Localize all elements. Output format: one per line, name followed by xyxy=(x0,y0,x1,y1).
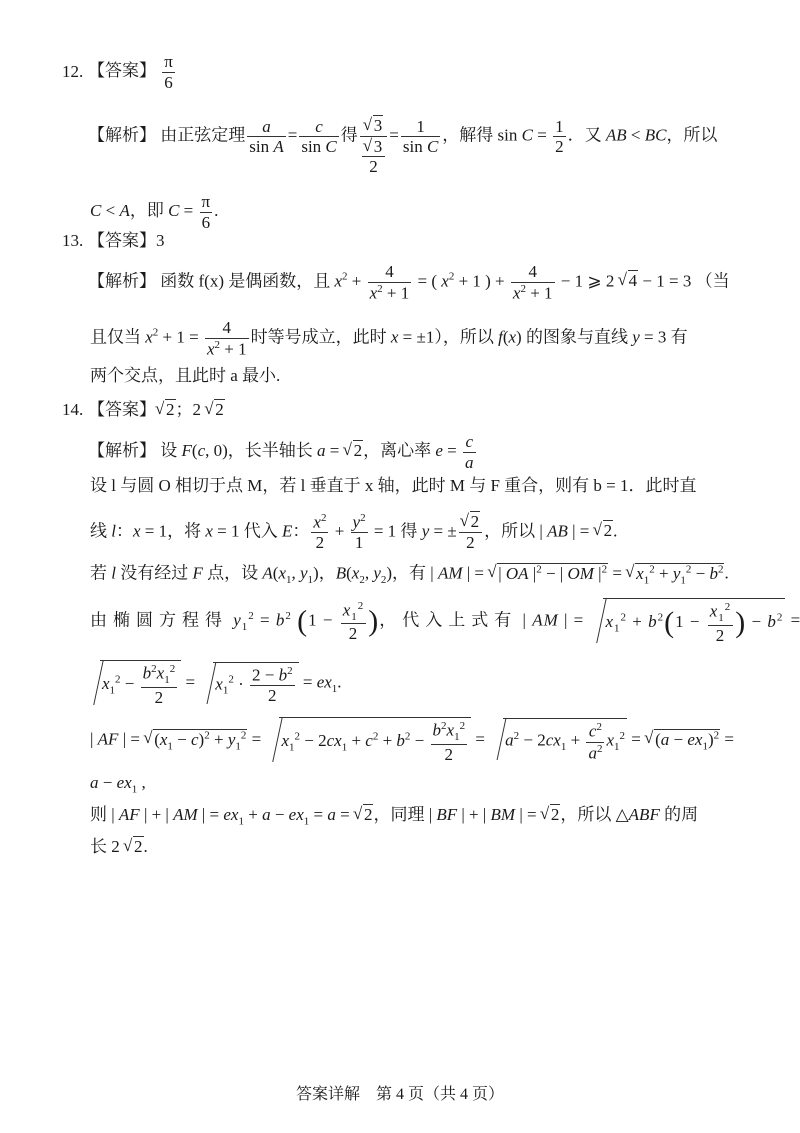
question-14-number: 14. xyxy=(62,401,83,418)
question-14-analysis-line-7: | AF | = (x1 − c)2 + y12 = x12 − 2cx1 + … xyxy=(90,717,734,764)
question-14-analysis-line-6: x12 − b2x122 = x12 · 2 − b22 = ex1. xyxy=(86,660,342,707)
page-footer: 答案详解 第 4 页（共 4 页） xyxy=(0,1081,800,1104)
question-14-analysis-line-9: 则 | AF | + | AM | = ex1 + a − ex1 = a = … xyxy=(90,806,698,827)
analysis-label: 【解析】 xyxy=(88,126,156,145)
text: 由正弦定理 xyxy=(160,126,245,145)
question-14-analysis-line-5: 由椭圆方程得 y12 = b2 (1 − x122)，代入上式有 | AM | … xyxy=(90,598,800,645)
answer-label: 【答案】 xyxy=(88,231,156,250)
analysis-label: 【解析】 xyxy=(88,271,156,290)
question-14-analysis-line-4: 若 l 没有经过 F 点，设 A(x1, y1)，B(x2, y2)，有 | A… xyxy=(90,564,729,586)
text: 且仅当 xyxy=(90,327,141,346)
question-12-answer: 【答案】 π6 xyxy=(88,52,177,92)
question-13-analysis-line-3: 两个交点，且此时 a 最小. xyxy=(90,367,280,384)
text: ，代入上式有 xyxy=(379,611,517,630)
text: 函数 f(x) 是偶函数，且 xyxy=(160,271,330,290)
answer-fraction: π6 xyxy=(162,52,175,92)
text: 得 xyxy=(341,126,358,145)
question-13-analysis-line-1: 【解析】 函数 f(x) 是偶函数，且 x2 + 4x2 + 1 = ( x2 … xyxy=(88,262,730,303)
analysis-label: 【解析】 xyxy=(88,441,156,460)
question-14-analysis-line-8: a − ex1 , xyxy=(90,774,146,795)
question-12-number: 12. xyxy=(62,63,83,80)
question-13-number: 13. xyxy=(62,232,83,249)
question-14-analysis-line-2: 设 l 与圆 O 相切于点 M，若 l 垂直于 x 轴，此时 M 与 F 重合，… xyxy=(90,477,697,494)
question-12-analysis-line-1: 【解析】 由正弦定理asin A=csin C得332=1sin C，解得 si… xyxy=(88,116,717,177)
answer-label: 【答案】 xyxy=(88,400,156,419)
answer-value: 3 xyxy=(156,231,165,250)
question-13-analysis-line-2: 且仅当 x2 + 1 = 4x2 + 1时等号成立，此时 x = ±1），所以 … xyxy=(90,318,688,359)
question-14-analysis-line-1: 【解析】 设 F(c, 0)，长半轴长 a = 2，离心率 e = ca xyxy=(88,432,478,472)
question-12-analysis-line-2: C < A，即 C = π6. xyxy=(90,192,218,232)
question-13-answer: 【答案】3 xyxy=(88,232,165,249)
question-14-analysis-line-3: 线 l：x = 1，将 x = 1 代入 E：x22 + y21 = 1 得 y… xyxy=(90,512,617,553)
answer-label: 【答案】 xyxy=(88,61,156,80)
question-14-answer: 【答案】2；2 2 xyxy=(88,401,225,418)
question-14-analysis-line-10: 长 2 2. xyxy=(90,838,148,855)
text: 由椭圆方程得 xyxy=(90,611,228,630)
text: （当 xyxy=(696,271,730,290)
